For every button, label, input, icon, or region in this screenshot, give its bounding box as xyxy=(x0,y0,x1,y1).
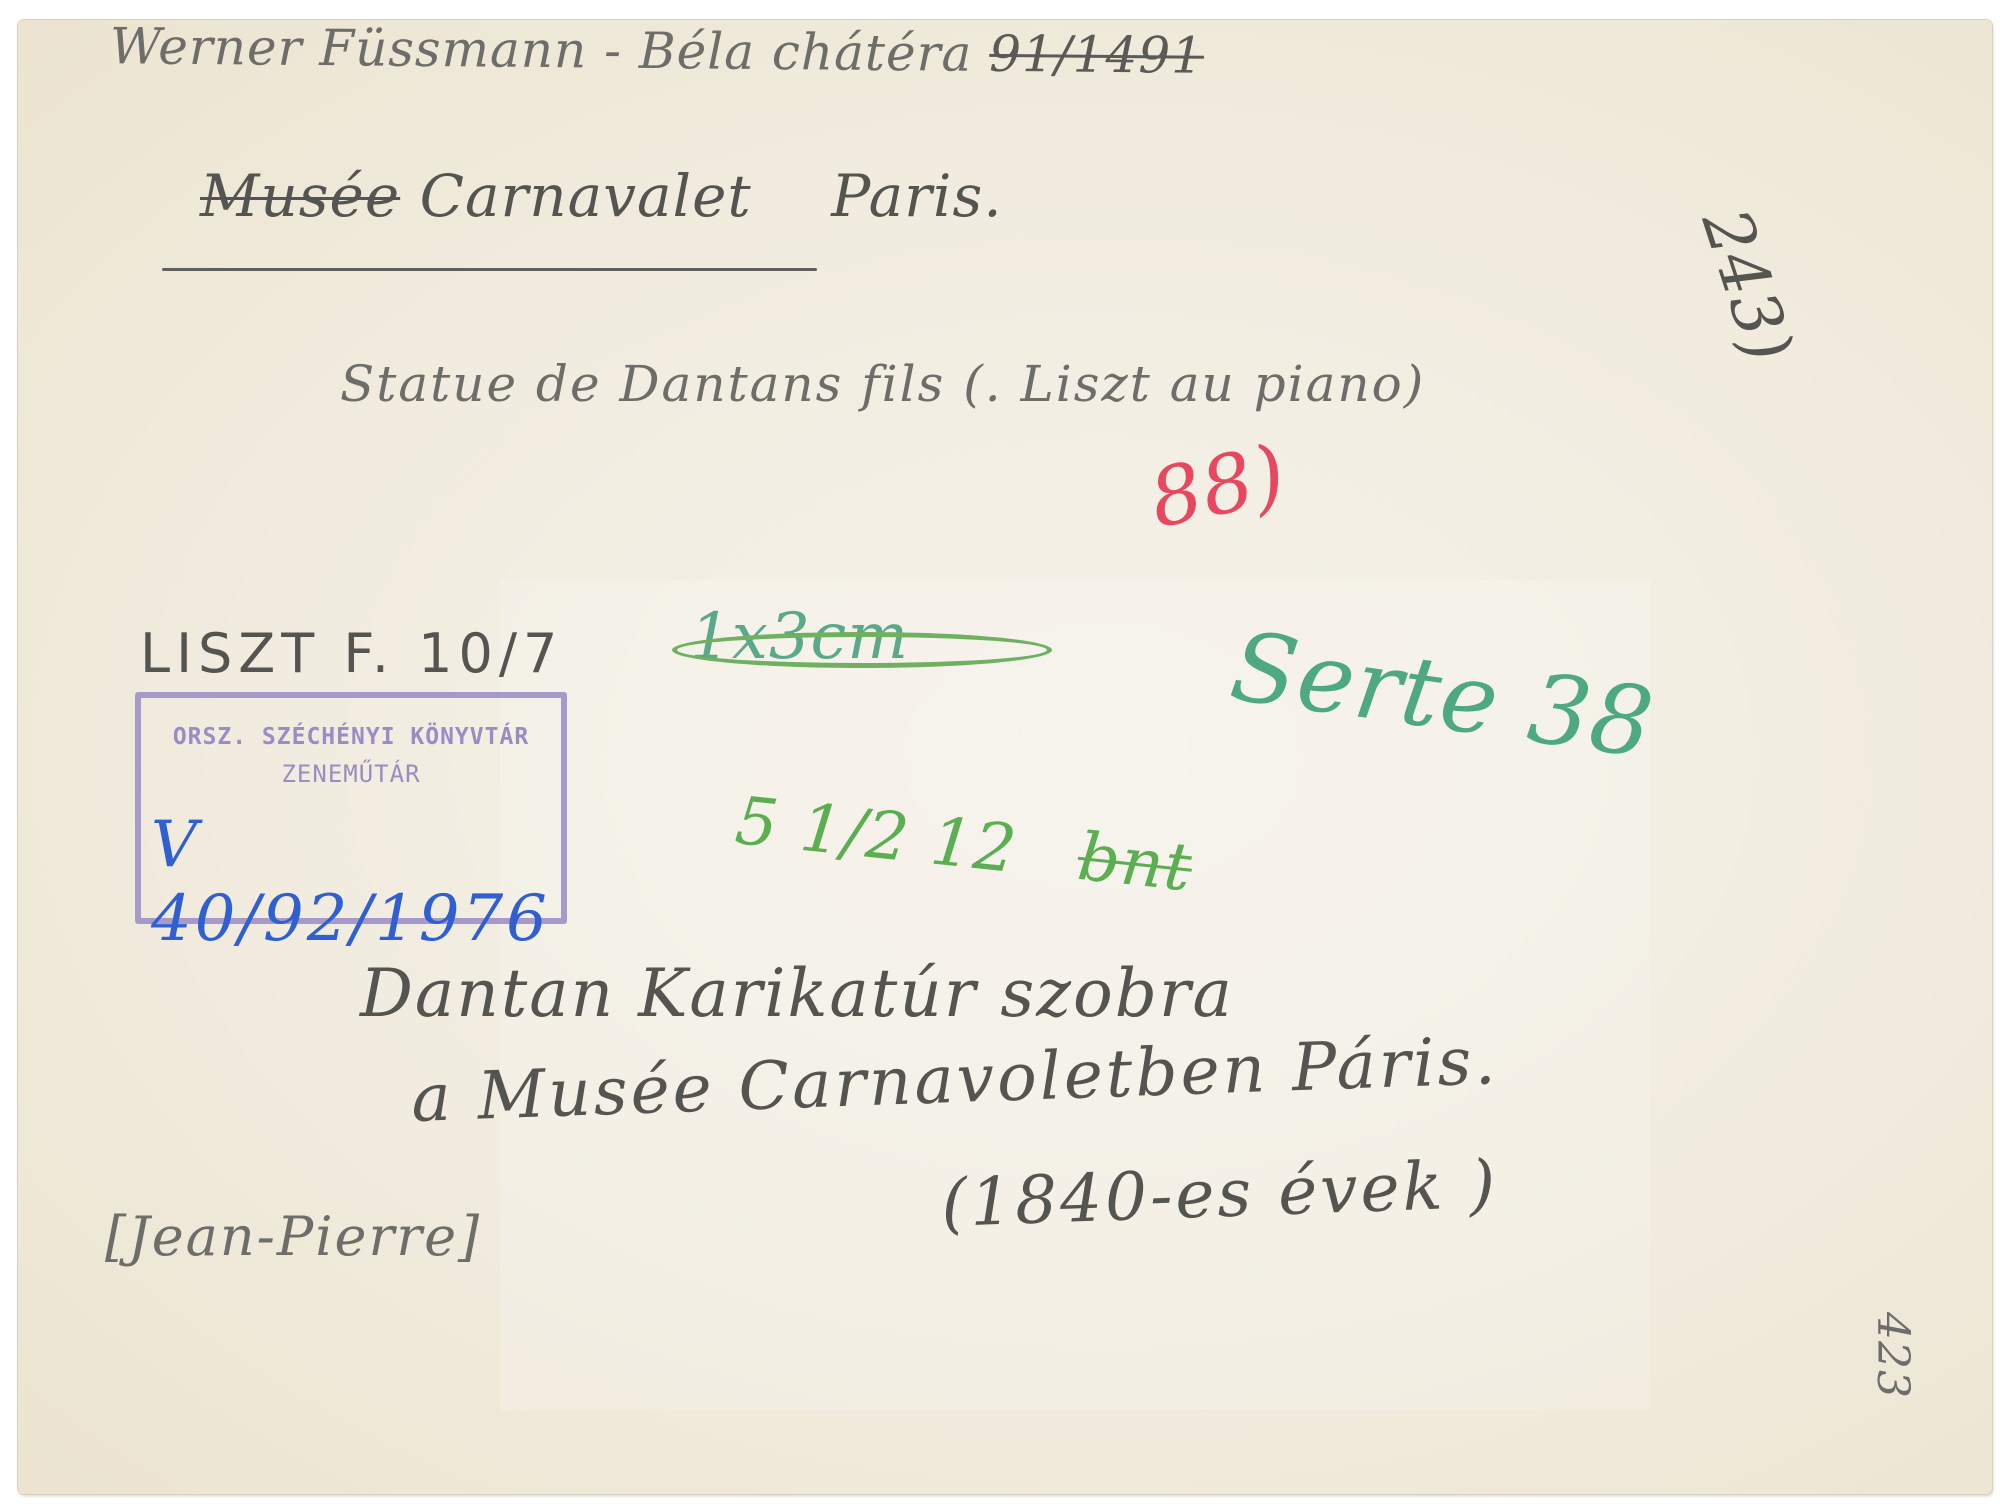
statue-caption: Statue de Dantans fils (. Liszt au piano… xyxy=(340,355,1425,413)
hungarian-caption-line-1: Dantan Karikatúr szobra xyxy=(360,955,1234,1032)
museum-city: Paris. xyxy=(831,162,1002,230)
green-measure-struck: bnt xyxy=(1074,818,1196,907)
museum-name: Carnavalet xyxy=(420,162,752,230)
library-stamp: ORSZ. SZÉCHÉNYI KÖNYVTÁR ZENEMŰTÁR V 40/… xyxy=(135,692,567,924)
museum-underline xyxy=(162,268,817,271)
provenance-line: Werner Füssmann - Béla chátéra 91/1491 xyxy=(110,17,1204,85)
green-strike-oval xyxy=(672,632,1052,668)
artist-name-bracketed: [Jean-Pierre] xyxy=(105,1205,481,1268)
stamp-accession-number: V 40/92/1976 xyxy=(151,808,561,956)
museum-line: Musée Carnavalet Paris. xyxy=(200,162,1003,230)
struck-inventory-number: 91/1491 xyxy=(989,25,1204,85)
page-number: 423 xyxy=(1867,1312,1918,1399)
provenance-text: Werner Füssmann - Béla chátéra xyxy=(110,17,973,83)
stamp-department: ZENEMŰTÁR xyxy=(141,760,561,788)
catalog-reference: LISZT F. 10/7 xyxy=(140,622,563,685)
struck-word-musee: Musée xyxy=(200,162,400,230)
stamp-library-name: ORSZ. SZÉCHÉNYI KÖNYVTÁR xyxy=(141,724,561,750)
